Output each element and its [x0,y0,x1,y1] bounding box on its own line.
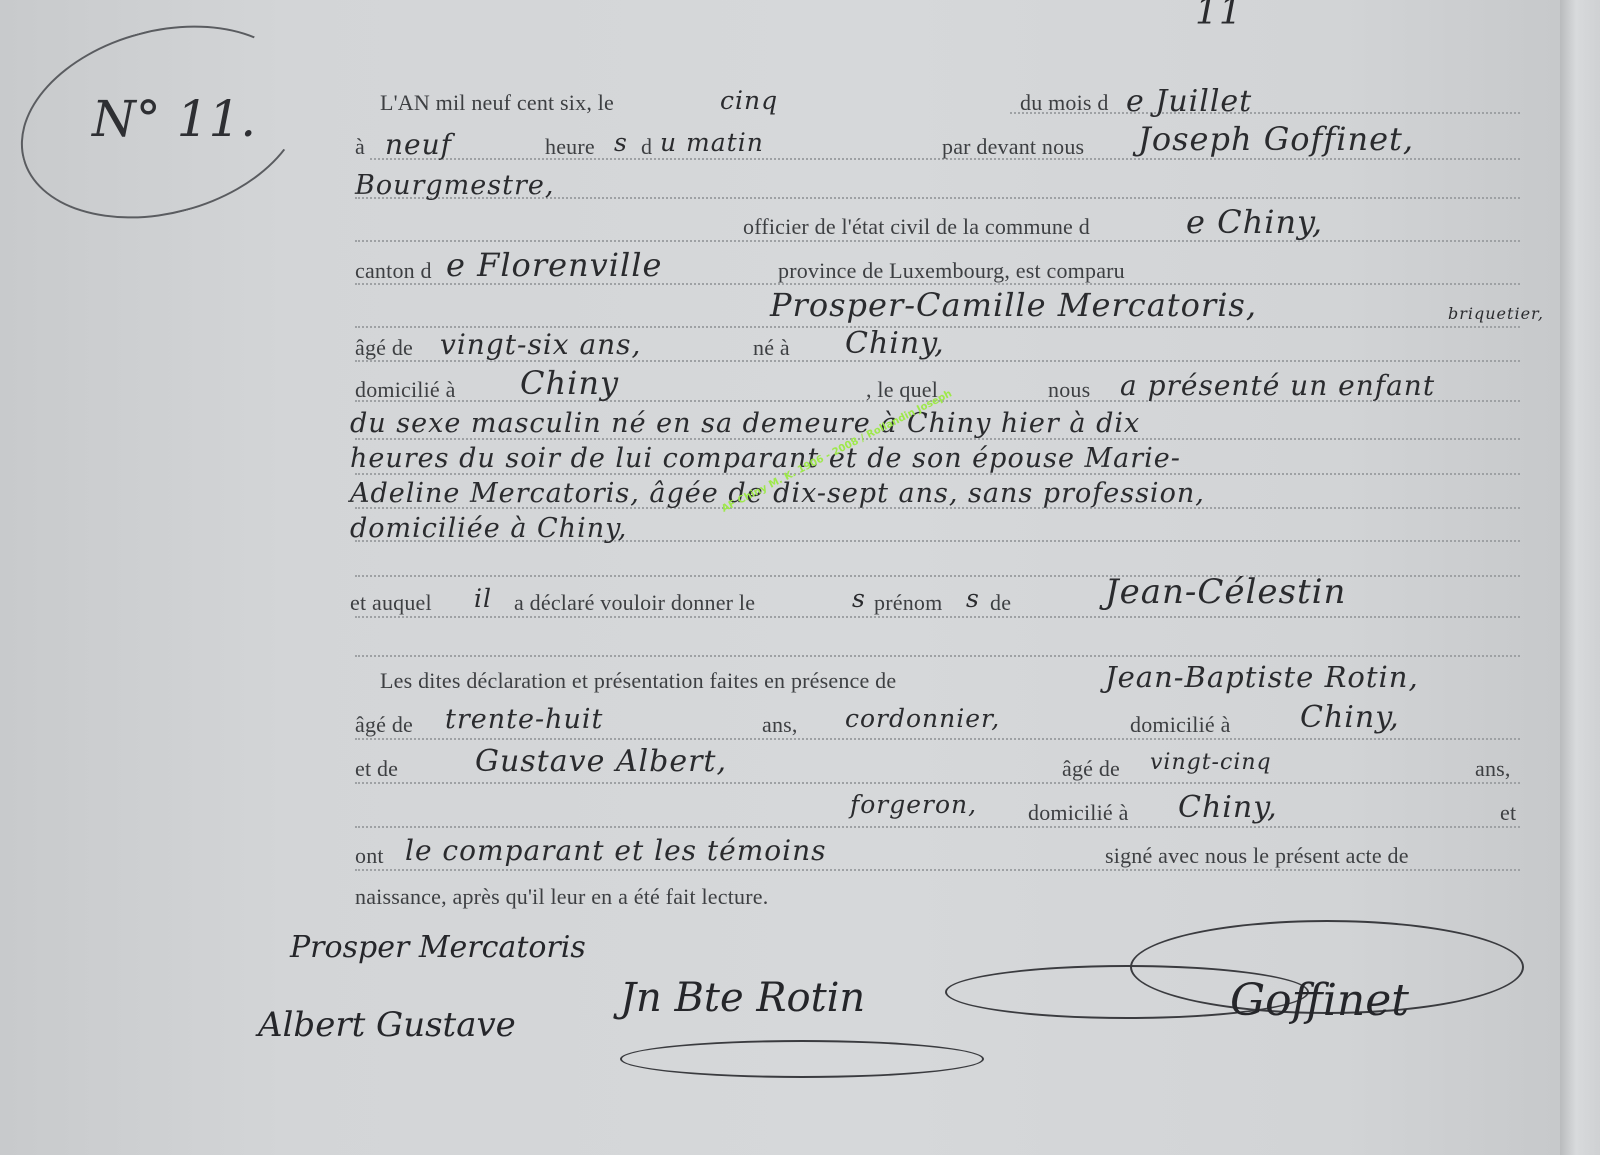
printed-text: âgé de [1062,756,1120,782]
printed-text: d [641,134,652,160]
printed-text: L'AN mil neuf cent six, le [380,90,614,116]
handwritten-text: a présenté un enfant [1120,369,1435,402]
ruled-line [355,240,1520,242]
handwritten-occupation: cordonnier, [845,704,1000,733]
handwritten-text: s [966,584,980,613]
handwritten-domicile: Chiny, [1178,790,1278,825]
printed-text: ont [355,843,384,869]
handwritten-witness2-name: Gustave Albert, [475,744,727,779]
signature-witness1: Jn Bte Rotin [620,975,865,1021]
handwritten-text: il [474,584,492,613]
printed-text: a déclaré vouloir donner le [514,590,755,616]
handwritten-occupation: forgeron, [850,790,977,819]
printed-text: domicilié à [355,377,456,403]
printed-text: à [355,134,365,160]
printed-text: canton d [355,258,432,284]
ruled-line [355,826,1520,828]
handwritten-text: s [614,128,628,157]
page-edge [1560,0,1600,1155]
signature-witness2: Albert Gustave [258,1005,516,1045]
handwritten-birthplace: Chiny, [845,326,945,361]
handwritten-canton: e Florenville [446,246,662,284]
page-mark: 11 [1195,0,1243,33]
handwritten-day: cinq [720,86,778,115]
handwritten-declarant: Prosper-Camille Mercatoris, [770,286,1257,324]
printed-text: âgé de [355,712,413,738]
handwritten-age: trente-huit [445,704,603,735]
printed-text: et [1500,800,1516,826]
printed-text: Les dites déclaration et présentation fa… [380,668,896,694]
printed-text: par devant nous [942,134,1084,160]
handwritten-age: vingt-cinq [1150,750,1272,775]
ruled-line [355,655,1520,657]
ruled-line [355,782,1520,784]
printed-text: heure [545,134,595,160]
handwritten-domicile: Chiny, [1300,700,1400,735]
printed-text: signé avec nous le présent acte de [1105,843,1409,869]
signature-declarant: Prosper Mercatoris [290,930,586,965]
printed-text: officier de l'état civil de la commune d [743,214,1090,240]
entry-number: N° 11. [92,90,256,148]
printed-text: du mois d [1020,90,1109,116]
register-page: N° 11. 11 L'AN mil neuf cent six, le cin… [0,0,1575,1155]
ruled-line [355,616,1520,618]
handwritten-month: e Juillet [1126,84,1252,119]
handwritten-witness1-name: Jean-Baptiste Rotin, [1105,660,1419,694]
signature-flourish [620,1040,984,1078]
printed-text: domicilié à [1130,712,1231,738]
handwritten-line: du sexe masculin né en sa demeure à Chin… [350,408,1140,439]
printed-text: né à [753,335,790,361]
printed-text: et de [355,756,398,782]
ruled-line [355,869,1520,871]
handwritten-text: s [852,584,866,613]
handwritten-commune: e Chiny, [1186,203,1323,241]
printed-text: naissance, après qu'il leur en a été fai… [355,884,768,910]
printed-text: ans, [1475,756,1511,782]
printed-text: nous [1048,377,1090,403]
handwritten-title: Bourgmestre, [355,170,554,201]
handwritten-line: heures du soir de lui comparant et de so… [350,443,1181,474]
printed-text: de [990,590,1011,616]
signature-officer: Goffinet [1230,975,1409,1026]
printed-text: ans, [762,712,798,738]
printed-text: prénom [874,590,942,616]
handwritten-text: le comparant et les témoins [405,834,827,867]
handwritten-child-name: Jean-Célestin [1105,572,1346,612]
printed-text: province de Luxembourg, est comparu [778,258,1125,284]
handwritten-domicile: Chiny [520,364,619,402]
handwritten-line: domiciliée à Chiny, [350,513,627,544]
ruled-line [355,738,1520,740]
handwritten-hour: neuf [385,128,452,161]
handwritten-text: u matin [660,128,764,157]
printed-text: âgé de [355,335,413,361]
handwritten-officer-name: Joseph Goffinet, [1138,120,1414,158]
handwritten-age: vingt-six ans, [440,328,641,361]
printed-text: domicilié à [1028,800,1129,826]
handwritten-occupation: briquetier, [1448,304,1544,323]
printed-text: et auquel [350,590,432,616]
